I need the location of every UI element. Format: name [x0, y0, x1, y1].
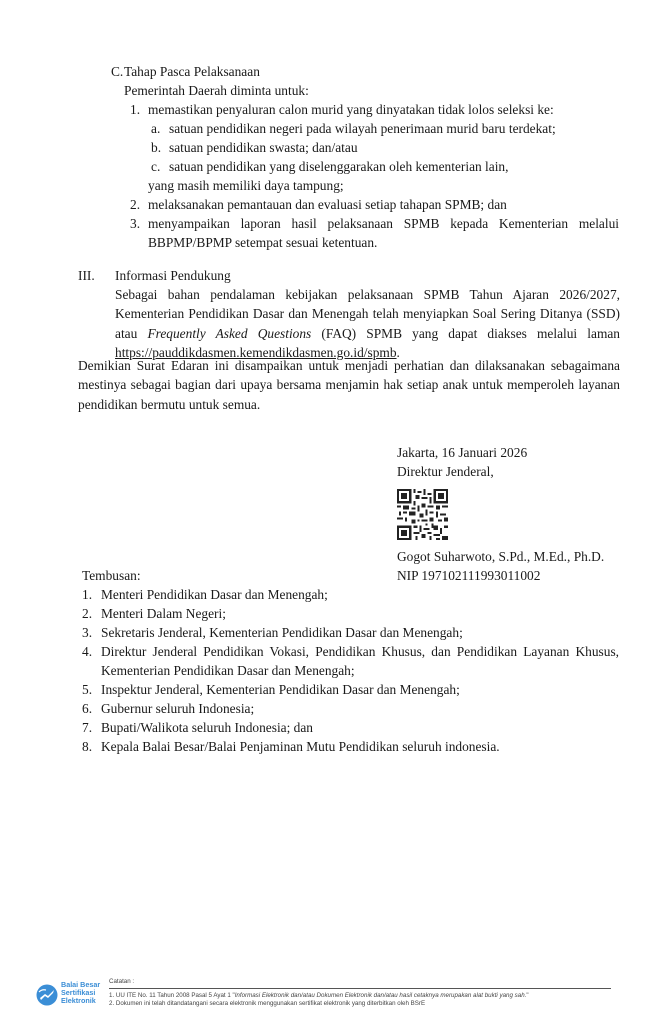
tembusan-label: Tembusan: [82, 566, 141, 585]
tembusan-item-number: 1. [82, 585, 92, 604]
subitem-c-text: satuan pendidikan yang diselenggarakan o… [169, 157, 508, 176]
tembusan-item: Menteri Dalam Negeri; [101, 604, 226, 623]
signatory-name: Gogot Suharwoto, S.Pd., M.Ed., Ph.D. [397, 547, 604, 566]
tembusan-item: Inspektur Jenderal, Kementerian Pendidik… [101, 680, 460, 699]
subitem-b-text: satuan pendidikan swasta; dan/atau [169, 138, 358, 157]
qr-code-icon [397, 489, 448, 540]
item-c3-number: 3. [130, 214, 140, 233]
item-c3-text-line2: BBPMP/BPMP setempat sesuai ketentuan. [148, 233, 377, 252]
catatan-note-2: 2. Dokumen ini telah ditandatangani seca… [109, 1000, 425, 1007]
tembusan-item: Gubernur seluruh Indonesia; [101, 699, 254, 718]
section-iii-paragraph: Sebagai bahan pendalaman kebijakan pelak… [115, 285, 620, 362]
subitem-a-marker: a. [151, 119, 160, 138]
section-iii-marker: III. [78, 266, 95, 285]
section-c-title: Tahap Pasca Pelaksanaan [124, 62, 260, 81]
tembusan-item: Direktur Jenderal Pendidikan Vokasi, Pen… [101, 642, 619, 661]
section-iii-title: Informasi Pendukung [115, 266, 231, 285]
signatory-nip: NIP 197102111993011002 [397, 566, 540, 585]
tembusan-item: Sekretaris Jenderal, Kementerian Pendidi… [101, 623, 463, 642]
item-c2-text: melaksanakan pemantauan dan evaluasi set… [148, 195, 507, 214]
section-c-marker: C. [111, 62, 123, 81]
bsre-logo-icon [36, 984, 58, 1006]
bsre-logo-line: Elektronik [61, 997, 100, 1005]
item-c1-text: memastikan penyaluran calon murid yang d… [148, 100, 554, 119]
subitem-c-marker: c. [151, 157, 160, 176]
catatan-label: Catatan : [109, 978, 134, 985]
tembusan-item-number: 7. [82, 718, 92, 737]
bsre-footer: Balai Besar Sertifikasi Elektronik Catat… [0, 978, 670, 1018]
bsre-logo-text: Balai Besar Sertifikasi Elektronik [61, 981, 100, 1005]
subitem-b-marker: b. [151, 138, 161, 157]
note-text: " [526, 992, 528, 999]
item-c3-text-line1: menyampaikan laporan hasil pelaksanaan S… [148, 214, 619, 233]
tembusan-item: Bupati/Walikota seluruh Indonesia; dan [101, 718, 313, 737]
tembusan-item-number: 5. [82, 680, 92, 699]
subitem-a-text: satuan pendidikan negeri pada wilayah pe… [169, 119, 556, 138]
item-c1-number: 1. [130, 100, 140, 119]
tembusan-item-number: 4. [82, 642, 92, 661]
signatory-position: Direktur Jenderal, [397, 462, 494, 481]
closing-paragraph: Demikian Surat Edaran ini disampaikan un… [78, 356, 620, 414]
tembusan-item: Menteri Pendidikan Dasar dan Menengah; [101, 585, 328, 604]
tembusan-item-number: 6. [82, 699, 92, 718]
catatan-divider [109, 988, 611, 989]
item-c2-number: 2. [130, 195, 140, 214]
tembusan-item-number: 3. [82, 623, 92, 642]
tembusan-item-number: 2. [82, 604, 92, 623]
item-c1-continuation: yang masih memiliki daya tampung; [148, 176, 344, 195]
tembusan-item-continuation: Kementerian Pendidikan Dasar dan Menenga… [101, 661, 355, 680]
tembusan-item: Kepala Balai Besar/Balai Penjaminan Mutu… [101, 737, 500, 756]
note-italic: Informasi Elektronik dan/atau Dokumen El… [235, 992, 527, 999]
catatan-note-1: 1. UU ITE No. 11 Tahun 2008 Pasal 5 Ayat… [109, 992, 529, 999]
paragraph-text: (FAQ) SPMB yang dapat diakses melalui la… [311, 326, 620, 341]
tembusan-item-number: 8. [82, 737, 92, 756]
note-text: 1. UU ITE No. 11 Tahun 2008 Pasal 5 Ayat… [109, 992, 235, 999]
place-date: Jakarta, 16 Januari 2026 [397, 443, 527, 462]
faq-italic-text: Frequently Asked Questions [147, 326, 311, 341]
section-c-intro: Pemerintah Daerah diminta untuk: [124, 81, 309, 100]
